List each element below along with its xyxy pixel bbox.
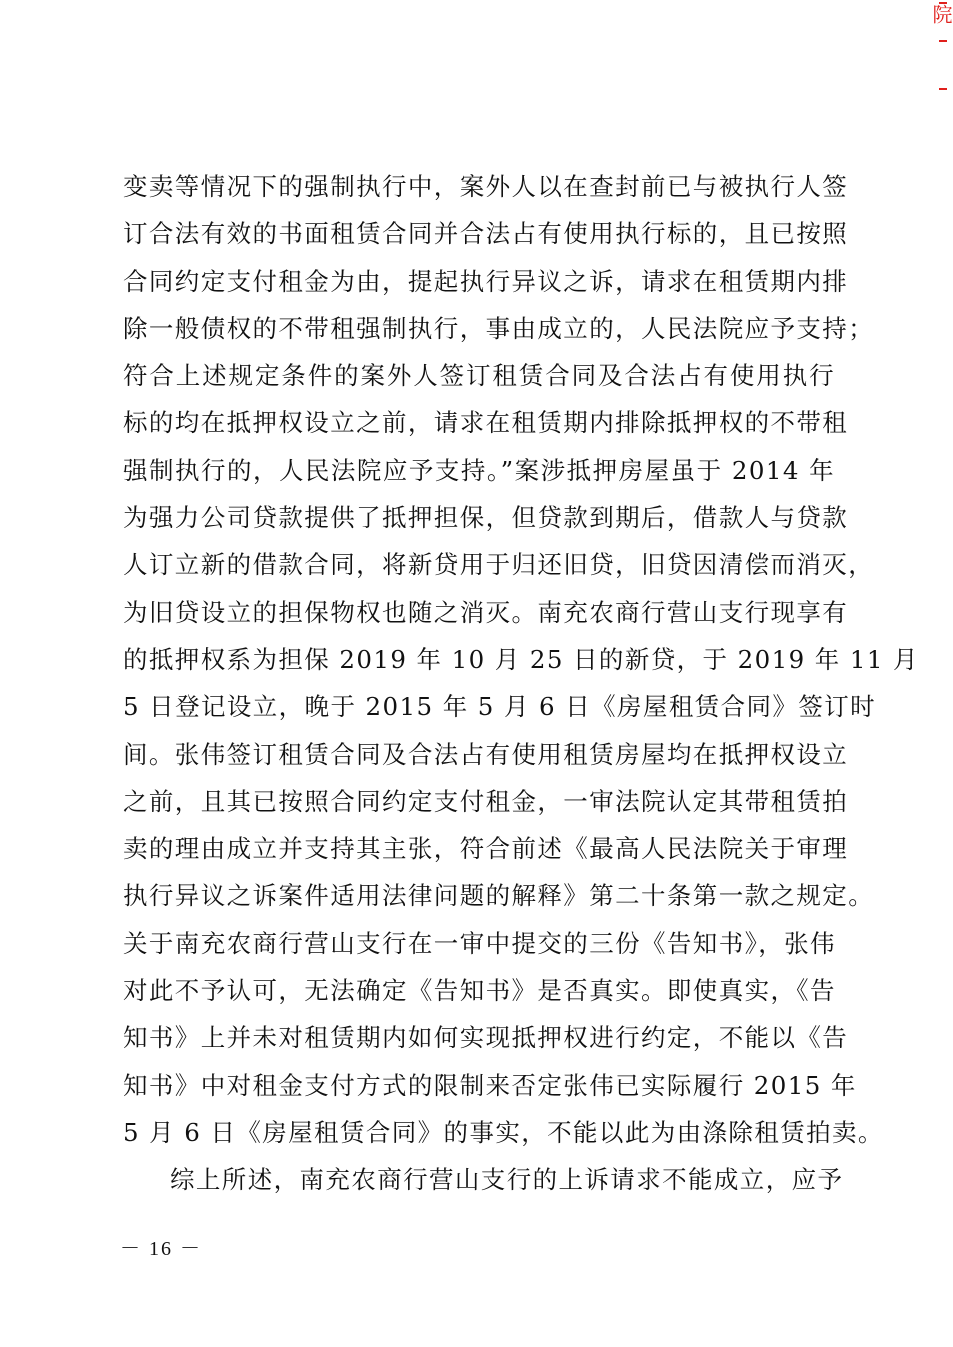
text-line: 的抵押权系为担保 2019 年 10 月 25 日的新贷，于 2019 年 11… (123, 636, 835, 683)
text-line: 关于南充农商行营山支行在一审中提交的三份《告知书》，张伟 (123, 920, 835, 967)
seal-border-top (939, 2, 947, 4)
text-line: 符合上述规定条件的案外人签订租赁合同及合法占有使用执行 (123, 352, 835, 399)
paragraph-start-line: 综上所述，南充农商行营山支行的上诉请求不能成立，应予 (123, 1156, 835, 1203)
text-line: 卖的理由成立并支持其主张，符合前述《最高人民法院关于审理 (123, 825, 835, 872)
text-line: 之前，且其已按照合同约定支付租金，一审法院认定其带租赁拍 (123, 778, 835, 825)
text-line: 除一般债权的不带租强制执行，事由成立的，人民法院应予支持； (123, 305, 835, 352)
judgment-body-text: 变卖等情况下的强制执行中，案外人以在查封前已与被执行人签 订合法有效的书面租赁合… (123, 163, 835, 1204)
text-line: 执行异议之诉案件适用法律问题的解释》第二十条第一款之规定。 (123, 872, 835, 919)
text-line: 知书》中对租金支付方式的限制来否定张伟已实际履行 2015 年 (123, 1062, 835, 1109)
text-line: 5 日登记设立，晚于 2015 年 5 月 6 日《房屋租赁合同》签订时 (123, 683, 835, 730)
text-line: 间。张伟签订租赁合同及合法占有使用租赁房屋均在抵押权设立 (123, 731, 835, 778)
seal-character: 院 (931, 4, 951, 24)
text-line: 标的均在抵押权设立之前，请求在租赁期内排除抵押权的不带租 (123, 399, 835, 446)
page-number: － 16 － (120, 1237, 202, 1261)
document-page: 院 变卖等情况下的强制执行中，案外人以在查封前已与被执行人签 订合法有效的书面租… (0, 0, 953, 1347)
text-line: 合同约定支付租金为由，提起执行异议之诉，请求在租赁期内排 (123, 258, 835, 305)
text-line: 知书》上并未对租赁期内如何实现抵押权进行约定，不能以《告 (123, 1014, 835, 1061)
court-seal-edge: 院 (933, 0, 953, 100)
text-line: 人订立新的借款合同，将新贷用于归还旧贷，旧贷因清偿而消灭， (123, 541, 835, 588)
text-line: 对此不予认可，无法确定《告知书》是否真实。即使真实，《告 (123, 967, 835, 1014)
text-line: 为强力公司贷款提供了抵押担保，但贷款到期后，借款人与贷款 (123, 494, 835, 541)
text-line: 订合法有效的书面租赁合同并合法占有使用执行标的，且已按照 (123, 210, 835, 257)
text-line: 强制执行的，人民法院应予支持。”案涉抵押房屋虽于 2014 年 (123, 447, 835, 494)
seal-border-mid (939, 40, 947, 42)
text-line: 为旧贷设立的担保物权也随之消灭。南充农商行营山支行现享有 (123, 589, 835, 636)
seal-border-bottom (939, 88, 947, 90)
text-line: 5 月 6 日《房屋租赁合同》的事实，不能以此为由涤除租赁拍卖。 (123, 1109, 835, 1156)
text-line: 变卖等情况下的强制执行中，案外人以在查封前已与被执行人签 (123, 163, 835, 210)
